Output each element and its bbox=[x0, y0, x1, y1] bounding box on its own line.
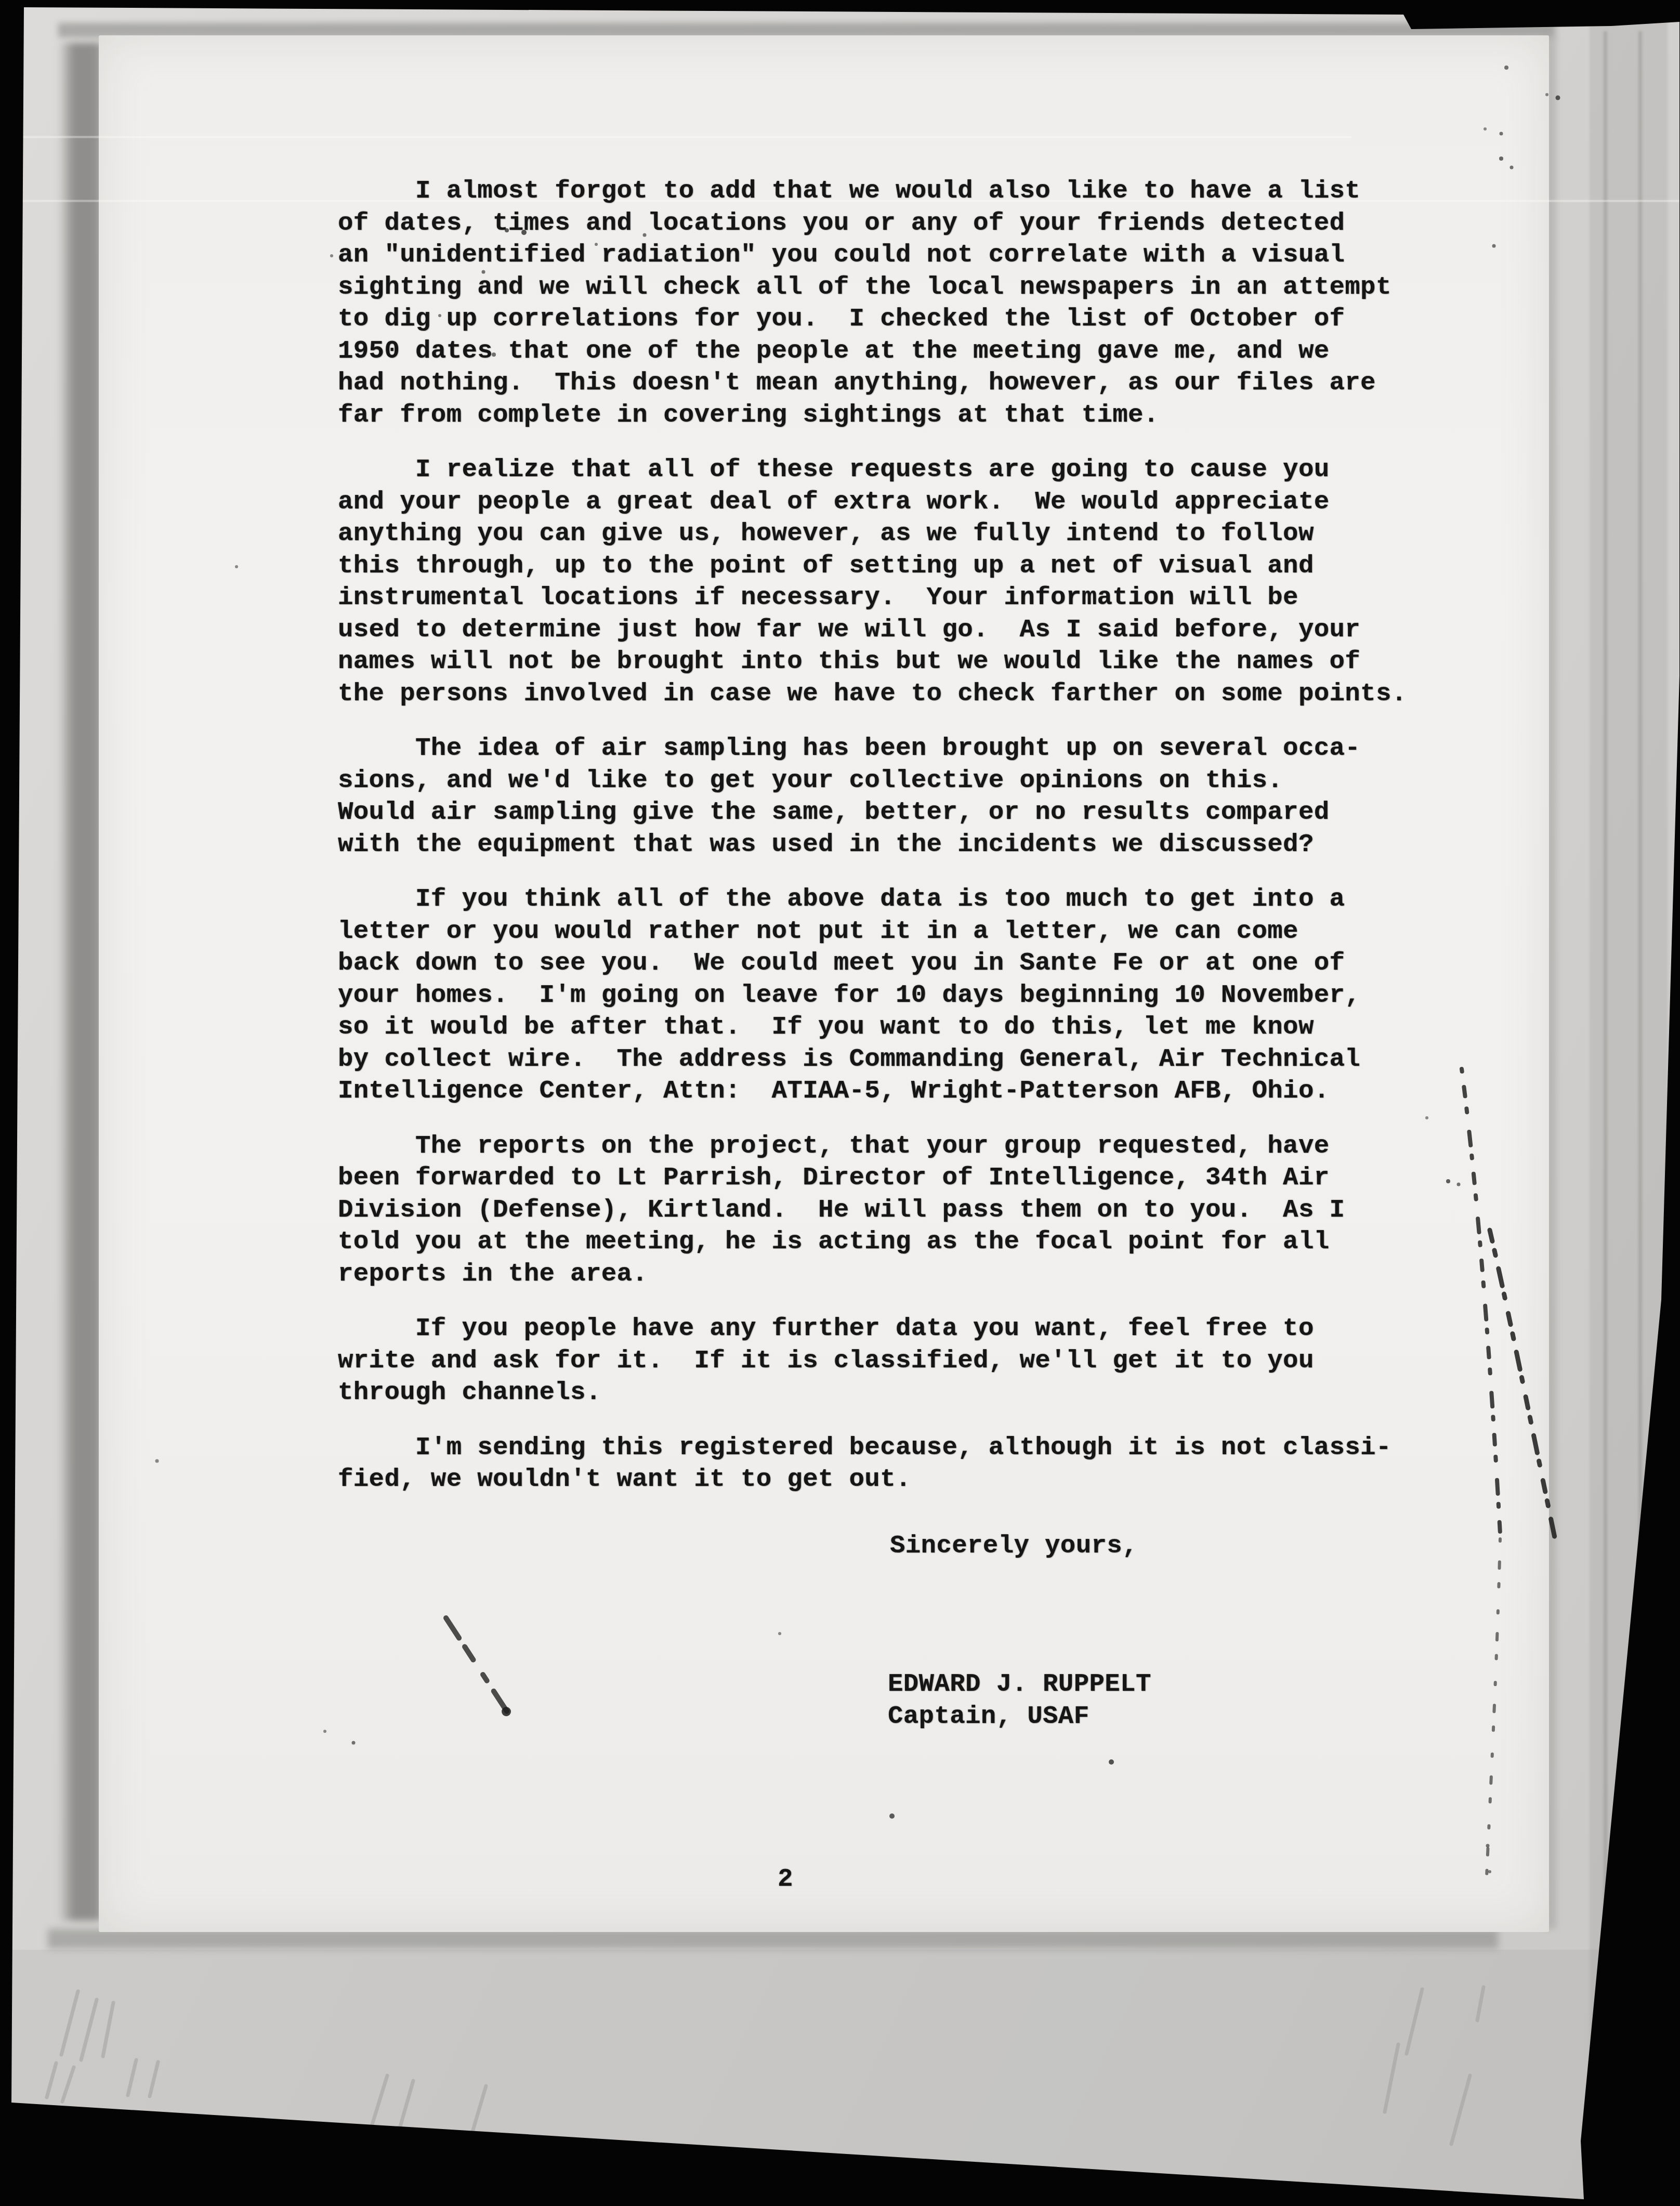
text-line: sions, and we'd like to get your collect… bbox=[338, 765, 1481, 797]
text-line: Would air sampling give the same, better… bbox=[338, 797, 1481, 829]
signature-name: EDWARD J. RUPPELT bbox=[888, 1668, 1151, 1701]
text-line: an "unidentified radiation" you could no… bbox=[338, 239, 1481, 271]
underlying-sheet-edge bbox=[1590, 21, 1668, 2199]
paragraph: I'm sending this registered because, alt… bbox=[338, 1432, 1481, 1496]
text-line: If you people have any further data you … bbox=[338, 1313, 1481, 1345]
text-line: The reports on the project, that your gr… bbox=[338, 1130, 1481, 1163]
scanned-letter-page: I almost forgot to add that we would als… bbox=[0, 0, 1680, 2206]
text-line: If you think all of the above data is to… bbox=[338, 883, 1481, 916]
text-line: so it would be after that. If you want t… bbox=[338, 1011, 1481, 1043]
paragraph: If you people have any further data you … bbox=[338, 1313, 1481, 1409]
backing-lower-area bbox=[10, 1950, 1680, 2206]
text-line: fied, we wouldn't want it to get out. bbox=[338, 1464, 1481, 1496]
text-line: told you at the meeting, he is acting as… bbox=[338, 1226, 1481, 1258]
paragraph: I realize that all of these requests are… bbox=[338, 454, 1481, 710]
paragraph: I almost forgot to add that we would als… bbox=[338, 175, 1481, 431]
text-line: by collect wire. The address is Commandi… bbox=[338, 1043, 1481, 1076]
text-line: used to determine just how far we will g… bbox=[338, 614, 1481, 646]
closing-line: Sincerely yours, bbox=[890, 1530, 1138, 1562]
text-line: The idea of air sampling has been brough… bbox=[338, 733, 1481, 765]
sheet-edge-streak bbox=[1638, 31, 1642, 2173]
scan-line-artifact bbox=[0, 136, 1351, 138]
text-line: your homes. I'm going on leave for 10 da… bbox=[338, 980, 1481, 1012]
text-line: I'm sending this registered because, alt… bbox=[338, 1432, 1481, 1464]
page-number: 2 bbox=[778, 1863, 793, 1896]
paragraph: If you think all of the above data is to… bbox=[338, 883, 1481, 1107]
signature-block: EDWARD J. RUPPELT Captain, USAF bbox=[888, 1668, 1151, 1732]
text-line: write and ask for it. If it is classifie… bbox=[338, 1345, 1481, 1377]
text-line: names will not be brought into this but … bbox=[338, 646, 1481, 678]
text-line: reports in the area. bbox=[338, 1258, 1481, 1290]
text-line: and your people a great deal of extra wo… bbox=[338, 486, 1481, 518]
signature-title: Captain, USAF bbox=[888, 1701, 1151, 1733]
text-line: sighting and we will check all of the lo… bbox=[338, 271, 1481, 304]
text-line: 1950 dates that one of the people at the… bbox=[338, 335, 1481, 368]
paragraph: The idea of air sampling has been brough… bbox=[338, 733, 1481, 860]
text-line: had nothing. This doesn't mean anything,… bbox=[338, 367, 1481, 399]
text-line: I almost forgot to add that we would als… bbox=[338, 175, 1481, 207]
text-line: been forwarded to Lt Parrish, Director o… bbox=[338, 1162, 1481, 1194]
text-line: with the equipment that was used in the … bbox=[338, 829, 1481, 861]
text-line: of dates, times and locations you or any… bbox=[338, 207, 1481, 240]
text-line: the persons involved in case we have to … bbox=[338, 678, 1481, 710]
text-line: to dig up correlations for you. I checke… bbox=[338, 303, 1481, 335]
text-line: letter or you would rather not put it in… bbox=[338, 916, 1481, 948]
text-line: Division (Defense), Kirtland. He will pa… bbox=[338, 1194, 1481, 1226]
text-line: I realize that all of these requests are… bbox=[338, 454, 1481, 486]
text-line: Intelligence Center, Attn: ATIAA-5, Wrig… bbox=[338, 1075, 1481, 1107]
text-line: back down to see you. We could meet you … bbox=[338, 947, 1481, 980]
text-line: far from complete in covering sightings … bbox=[338, 399, 1481, 432]
text-line: this through, up to the point of setting… bbox=[338, 550, 1481, 582]
letter-body: I almost forgot to add that we would als… bbox=[338, 175, 1481, 1519]
text-line: through channels. bbox=[338, 1377, 1481, 1409]
text-line: instrumental locations if necessary. You… bbox=[338, 582, 1481, 614]
text-line: anything you can give us, however, as we… bbox=[338, 518, 1481, 550]
paragraph: The reports on the project, that your gr… bbox=[338, 1130, 1481, 1290]
sheet-edge-streak bbox=[1604, 31, 1607, 2173]
